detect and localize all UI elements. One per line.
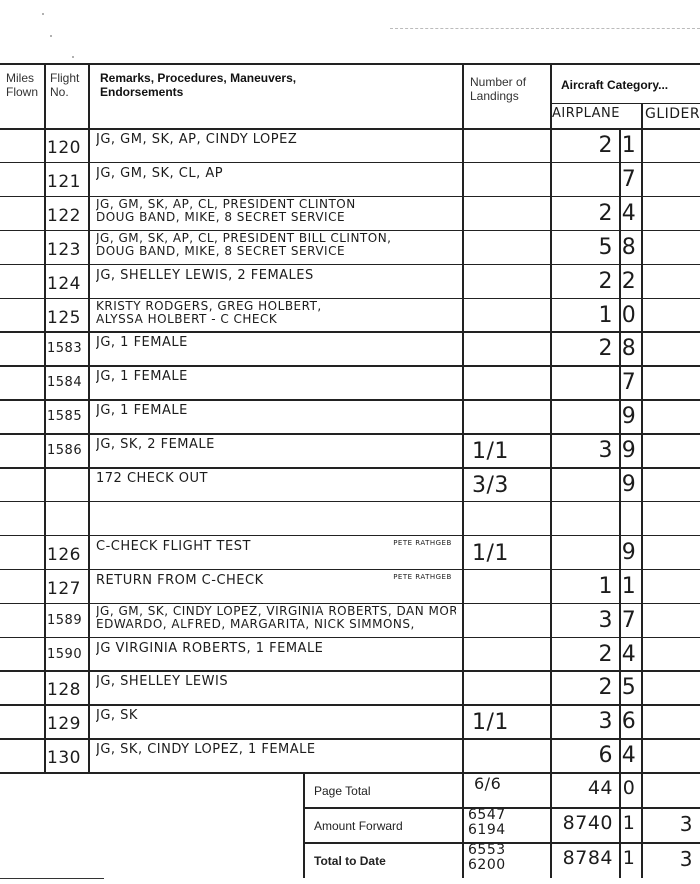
remark-line: JG, SHELLEY LEWIS, 2 FEMALES <box>96 269 456 282</box>
subheader-glider: GLIDER <box>645 106 700 122</box>
airplane-tenths: 6 <box>621 709 637 734</box>
header-landings: Number of Landings <box>470 75 550 103</box>
flight-number: 121 <box>47 172 89 192</box>
totals-label-amount-forward: Amount Forward <box>314 819 403 833</box>
totals-airplane-tenths: 0 <box>621 777 637 799</box>
remark-line: JG, GM, SK, AP, CL, PRESIDENT CLINTON <box>96 198 456 211</box>
totals-landings-bottom: 6194 <box>468 822 506 838</box>
airplane-tenths: 9 <box>621 438 637 463</box>
remark-line: JG, GM, SK, AP, CINDY LOPEZ <box>96 133 456 146</box>
airplane-tenths: 7 <box>621 167 637 192</box>
airplane-hours: 1 <box>550 574 613 599</box>
remark-line: JG, 1 FEMALE <box>96 404 456 417</box>
row-divider <box>0 637 700 639</box>
totals-airplane-hours: 8740 <box>550 812 613 834</box>
flight-number: 127 <box>47 579 89 599</box>
flight-number: 126 <box>47 545 89 565</box>
flight-number: 1589 <box>47 613 89 628</box>
column-divider <box>641 103 643 808</box>
remark-line: JG, SK <box>96 709 456 722</box>
airplane-tenths: 0 <box>621 303 637 328</box>
header-aircraft-category: Aircraft Category... <box>561 78 700 92</box>
airplane-hours: 2 <box>550 133 613 158</box>
scan-speck <box>72 56 74 58</box>
airplane-tenths: 4 <box>621 743 637 768</box>
row-divider <box>0 569 700 571</box>
flight-number: 123 <box>47 240 89 260</box>
airplane-hours: 3 <box>550 709 613 734</box>
totals-top-border <box>0 772 700 774</box>
totals-label-total-to-date: Total to Date <box>314 854 386 868</box>
airplane-tenths: 7 <box>621 608 637 633</box>
airplane-hours: 2 <box>550 201 613 226</box>
instructor-name: PETE RATHGEB <box>385 573 460 581</box>
remark-line: ALYSSA HOLBERT - C CHECK <box>96 313 456 326</box>
instructor-name: PETE RATHGEB <box>385 539 460 547</box>
totals-glider: 3 <box>641 812 693 836</box>
row-divider <box>0 738 700 740</box>
subheader-divider <box>550 103 700 104</box>
totals-landings-top: 6547 <box>468 808 506 822</box>
remark-line: DOUG BAND, MIKE, 8 SECRET SERVICE <box>96 245 456 258</box>
airplane-hours: 6 <box>550 743 613 768</box>
header-miles-flown: Miles Flown <box>6 71 44 99</box>
row-divider <box>0 264 700 266</box>
remark-line: JG, SK, CINDY LOPEZ, 1 FEMALE <box>96 743 456 756</box>
airplane-hours: 2 <box>550 336 613 361</box>
airplane-tenths: 9 <box>621 540 637 565</box>
totals-landings-top: 6553 <box>468 843 506 857</box>
header-remarks: Remarks, Procedures, Maneuvers, Endorsem… <box>100 71 340 99</box>
remark-line: 172 CHECK OUT <box>96 472 456 485</box>
subheader-airplane: AIRPLANE <box>552 106 640 121</box>
airplane-tenths: 1 <box>621 133 637 158</box>
header-bottom-border <box>0 128 700 130</box>
remark-line: JG, GM, SK, AP, CL, PRESIDENT BILL CLINT… <box>96 232 456 245</box>
remark-line: DOUG BAND, MIKE, 8 SECRET SERVICE <box>96 211 456 224</box>
airplane-hours: 1 <box>550 303 613 328</box>
remark-line: KRISTY RODGERS, GREG HOLBERT, <box>96 300 456 313</box>
signature-line <box>0 878 104 879</box>
airplane-tenths: 9 <box>621 472 637 497</box>
airplane-tenths: 7 <box>621 370 637 395</box>
landings-value: 1/1 <box>472 710 542 735</box>
landings-value: 1/1 <box>472 541 542 566</box>
remark-line: JG, 1 FEMALE <box>96 336 456 349</box>
flight-number: 125 <box>47 308 89 328</box>
remark-line: JG, SK, 2 FEMALE <box>96 438 456 451</box>
scan-speck <box>50 35 52 37</box>
airplane-hours: 3 <box>550 438 613 463</box>
totals-airplane-tenths: 1 <box>621 847 637 869</box>
row-divider <box>0 162 700 164</box>
airplane-hours: 2 <box>550 675 613 700</box>
flight-number: 130 <box>47 748 89 768</box>
totals-airplane-tenths: 1 <box>621 812 637 834</box>
flight-number: 1585 <box>47 409 89 424</box>
totals-airplane-hours: 8784 <box>550 847 613 869</box>
flight-number: 1584 <box>47 375 89 390</box>
row-divider <box>0 331 700 333</box>
flight-number: 124 <box>47 274 89 294</box>
flight-number: 128 <box>47 680 89 700</box>
flight-number: 1586 <box>47 443 89 458</box>
column-divider <box>462 63 464 878</box>
airplane-tenths: 5 <box>621 675 637 700</box>
airplane-hours: 5 <box>550 235 613 260</box>
remark-line: JG, GM, SK, CL, AP <box>96 167 456 180</box>
airplane-hours: 2 <box>550 642 613 667</box>
landings-value: 1/1 <box>472 439 542 464</box>
airplane-tenths: 8 <box>621 336 637 361</box>
remark-line: JG, GM, SK, CINDY LOPEZ, VIRGINIA ROBERT… <box>96 605 456 618</box>
airplane-tenths: 8 <box>621 235 637 260</box>
remark-line: JG VIRGINIA ROBERTS, 1 FEMALE <box>96 642 456 655</box>
totals-divider <box>303 772 305 878</box>
totals-landings: 6/6 <box>474 774 501 793</box>
remark-line: JG, 1 FEMALE <box>96 370 456 383</box>
row-divider <box>0 535 700 537</box>
flight-number: 1590 <box>47 647 89 662</box>
scan-speck <box>42 13 44 15</box>
airplane-tenths: 4 <box>621 642 637 667</box>
airplane-tenths: 1 <box>621 574 637 599</box>
totals-label-page-total: Page Total <box>314 784 371 798</box>
flight-number: 129 <box>47 714 89 734</box>
faint-scan-marks <box>390 28 700 31</box>
airplane-tenths: 2 <box>621 269 637 294</box>
airplane-hours: 2 <box>550 269 613 294</box>
flight-number: 120 <box>47 138 89 158</box>
totals-glider: 3 <box>641 847 693 871</box>
remark-line: JG, SHELLEY LEWIS <box>96 675 456 688</box>
row-divider <box>0 704 700 706</box>
landings-value: 3/3 <box>472 473 542 498</box>
row-divider <box>0 467 700 469</box>
row-divider <box>0 399 700 401</box>
row-divider <box>0 670 700 672</box>
flight-number: 122 <box>47 206 89 226</box>
row-divider <box>0 365 700 367</box>
column-divider <box>44 63 46 772</box>
row-divider <box>0 501 700 503</box>
table-top-border <box>0 63 700 65</box>
header-flight-no: Flight No. <box>50 71 86 99</box>
totals-airplane-hours: 44 <box>550 777 613 799</box>
remark-line: EDWARDO, ALFRED, MARGARITA, NICK SIMMONS… <box>96 618 456 631</box>
row-divider <box>0 433 700 435</box>
airplane-hours: 3 <box>550 608 613 633</box>
totals-landings-bottom: 6200 <box>468 857 506 873</box>
airplane-tenths: 9 <box>621 404 637 429</box>
flight-number: 1583 <box>47 341 89 356</box>
airplane-tenths: 4 <box>621 201 637 226</box>
